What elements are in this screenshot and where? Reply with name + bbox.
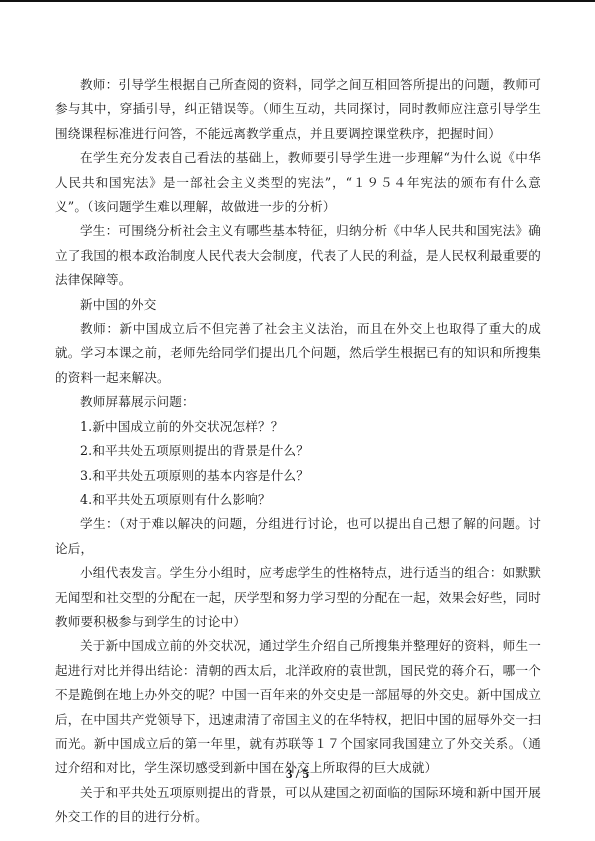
question-4: 4.和平共处五项原则有什么影响？ — [55, 488, 541, 512]
paragraph-screen-questions: 教师屏幕展示问题： — [55, 390, 541, 414]
paragraph-constitution-understanding: 在学生充分发表自己看法的基础上，教师要引导学生进一步理解“为什么说《中华人民共和… — [55, 146, 541, 219]
page-number: 3 / 5 — [0, 766, 595, 782]
top-rule — [0, 0, 595, 2]
question-3: 3.和平共处五项原则的基本内容是什么？ — [55, 464, 541, 488]
question-2: 2.和平共处五项原则提出的背景是什么？ — [55, 439, 541, 463]
paragraph-student-discussion: 学生：（对于难以解决的问题，分组进行讨论，也可以提出自己想了解的问题。讨论后， — [55, 512, 541, 561]
paragraph-teacher-guidance: 教师：引导学生根据自己所查阅的资料，同学之间互相回答所提出的问题，教师可参与其中… — [55, 73, 541, 146]
paragraph-pre-1949-diplomacy: 关于新中国成立前的外交状况，通过学生介绍自己所搜集并整理好的资料，师生一起进行对… — [55, 634, 541, 780]
paragraph-teacher-diplomacy: 教师：新中国成立后不但完善了社会主义法治，而且在外交上也取得了重大的成就。学习本… — [55, 317, 541, 390]
paragraph-student-analysis: 学生：可围绕分析社会主义有哪些基本特征，归纳分析《中华人民共和国宪法》确立了我国… — [55, 219, 541, 292]
section-heading-diplomacy: 新中国的外交 — [55, 293, 541, 317]
paragraph-group-speech: 小组代表发言。学生分小组时，应考虑学生的性格特点，进行适当的组合：如默默无闻型和… — [55, 561, 541, 634]
paragraph-five-principles-background: 关于和平共处五项原则提出的背景，可以从建国之初面临的国际环境和新中国开展外交工作… — [55, 781, 541, 830]
document-body: 教师：引导学生根据自己所查阅的资料，同学之间互相回答所提出的问题，教师可参与其中… — [55, 73, 541, 830]
question-1: 1.新中国成立前的外交状况怎样？？ — [55, 415, 541, 439]
